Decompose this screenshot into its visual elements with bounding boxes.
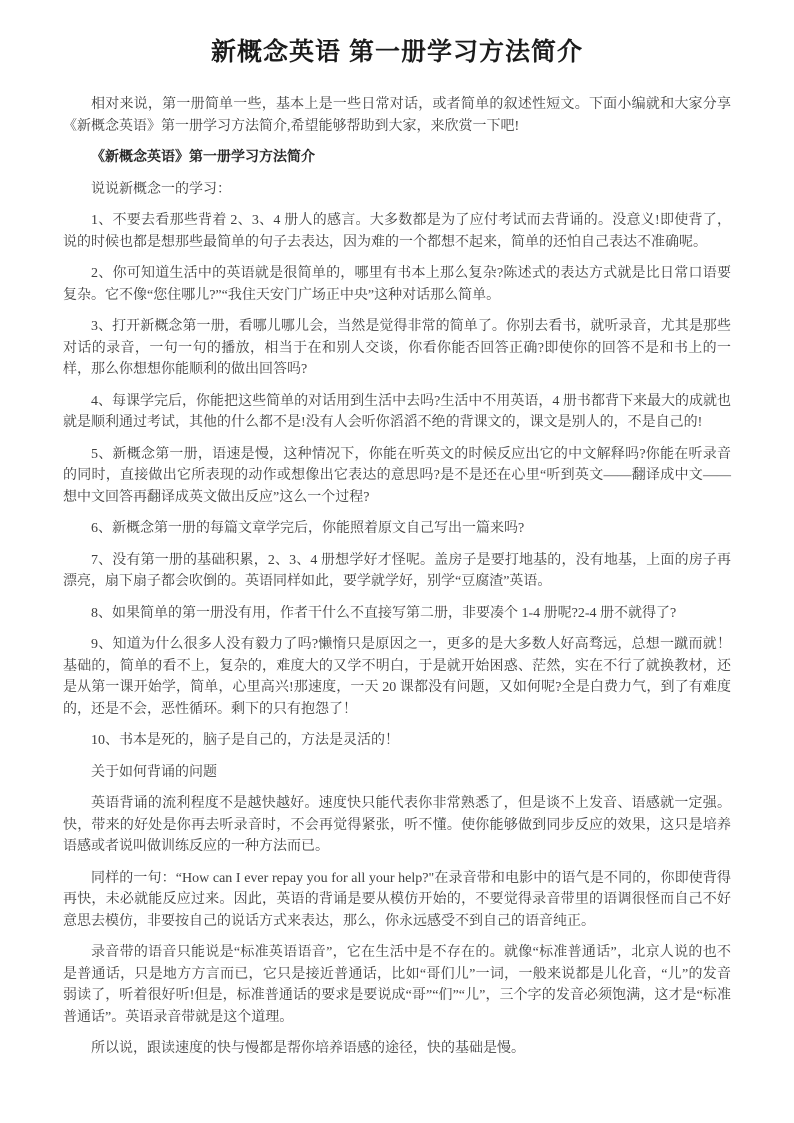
point-3: 3、打开新概念第一册，看哪儿哪儿会，当然是觉得非常的简单了。你别去看书，就听录音… — [63, 316, 731, 381]
section2-paragraph-1: 英语背诵的流利程度不是越快越好。速度快只能代表你非常熟悉了，但是谈不上发音、语感… — [63, 793, 731, 858]
point-9: 9、知道为什么很多人没有毅力了吗?懒惰只是原因之一，更多的是大多数人好高骛远，总… — [63, 634, 731, 720]
point-8: 8、如果简单的第一册没有用，作者干什么不直接写第二册，非要凑个 1-4 册呢?2… — [63, 603, 731, 625]
point-10: 10、书本是死的，脑子是自己的，方法是灵活的！ — [63, 730, 731, 752]
point-1: 1、不要去看那些背着 2、3、4 册人的感言。大多数都是为了应付考试而去背诵的。… — [63, 210, 731, 253]
intro-paragraph: 相对来说，第一册简单一些，基本上是一些日常对话，或者简单的叙述性短文。下面小编就… — [63, 94, 731, 137]
point-4: 4、每课学完后，你能把这些简单的对话用到生活中去吗?生活中不用英语，4 册书都背… — [63, 391, 731, 434]
lead-paragraph: 说说新概念一的学习： — [63, 179, 731, 201]
point-5: 5、新概念第一册，语速是慢，这种情况下，你能在听英文的时候反应出它的中文解释吗?… — [63, 444, 731, 509]
section2-paragraph-4: 所以说，跟读速度的快与慢都是帮你培养语感的途径，快的基础是慢。 — [63, 1038, 731, 1060]
point-7: 7、没有第一册的基础积累，2、3、4 册想学好才怪呢。盖房子是要打地基的，没有地… — [63, 550, 731, 593]
point-2: 2、你可知道生活中的英语就是很简单的，哪里有书本上那么复杂?陈述式的表达方式就是… — [63, 263, 731, 306]
document-page: 新概念英语 第一册学习方法简介 相对来说，第一册简单一些，基本上是一些日常对话，… — [0, 0, 794, 1123]
page-title: 新概念英语 第一册学习方法简介 — [63, 32, 731, 68]
section2-paragraph-2: 同样的一句：“How can I ever repay you for all … — [63, 868, 731, 933]
point-6: 6、新概念第一册的每篇文章学完后，你能照着原文自己写出一篇来吗? — [63, 518, 731, 540]
section2-heading: 关于如何背诵的问题 — [63, 762, 731, 784]
section1-heading: 《新概念英语》第一册学习方法简介 — [63, 147, 731, 169]
section2-paragraph-3: 录音带的语音只能说是“标准英语语音”，它在生活中是不存在的。就像“标准普通话”，… — [63, 942, 731, 1028]
